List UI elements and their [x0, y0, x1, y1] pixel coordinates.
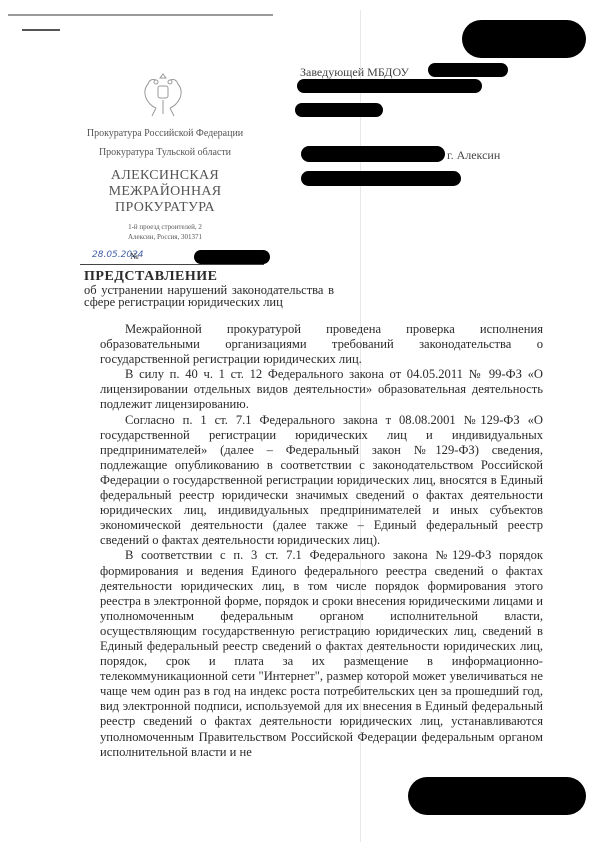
org-name-line: МЕЖРАЙОННАЯ	[60, 184, 270, 200]
scan-edge-line	[8, 14, 273, 16]
redacted-doc-number	[194, 250, 270, 264]
redacted-org-name	[428, 63, 508, 77]
org-name-line: АЛЕКСИНСКАЯ	[60, 168, 270, 184]
recipient-city: г. Алексин	[447, 148, 500, 163]
recipient-position: Заведующей МБДОУ	[300, 65, 409, 80]
redacted-footer	[408, 777, 586, 815]
org-name: АЛЕКСИНСКАЯ МЕЖРАЙОННАЯ ПРОКУРАТУРА	[60, 168, 270, 216]
redacted-street-address	[301, 146, 445, 162]
paragraph: В соответствии с п. 3 ст. 7.1 Федерально…	[100, 548, 543, 759]
address-city: Алексин, Россия, 301371	[60, 232, 270, 242]
document-title: ПРЕДСТАВЛЕНИЕ	[84, 270, 334, 284]
paragraph: Согласно п. 1 ст. 7.1 Федерального закон…	[100, 413, 543, 549]
paragraph: Межрайонной прокуратурой проведена прове…	[100, 322, 543, 367]
russian-coat-of-arms-icon	[140, 70, 186, 120]
paragraph: В силу п. 40 ч. 1 ст. 12 Федерального за…	[100, 367, 543, 412]
org-line-regional: Прокуратура Тульской области	[60, 147, 270, 158]
redacted-postal-line	[301, 171, 461, 186]
org-name-line: ПРОКУРАТУРА	[60, 200, 270, 216]
scan-mark	[22, 29, 60, 31]
document-subtitle: об устранении нарушений законодательства…	[84, 284, 334, 308]
document-heading: ПРЕДСТАВЛЕНИЕ об устранении нарушений за…	[84, 270, 334, 308]
document-body: Межрайонной прокуратурой проведена прове…	[100, 322, 543, 760]
org-line-federal: Прокуратура Российской Федерации	[60, 128, 270, 139]
redacted-recipient-name	[295, 103, 383, 117]
address-street: 1-й проезд строителей, 2	[60, 222, 270, 232]
redacted-stamp	[462, 20, 586, 58]
number-label: №	[130, 251, 139, 261]
redacted-org-line	[297, 79, 482, 93]
org-address: 1-й проезд строителей, 2 Алексин, Россия…	[60, 222, 270, 242]
